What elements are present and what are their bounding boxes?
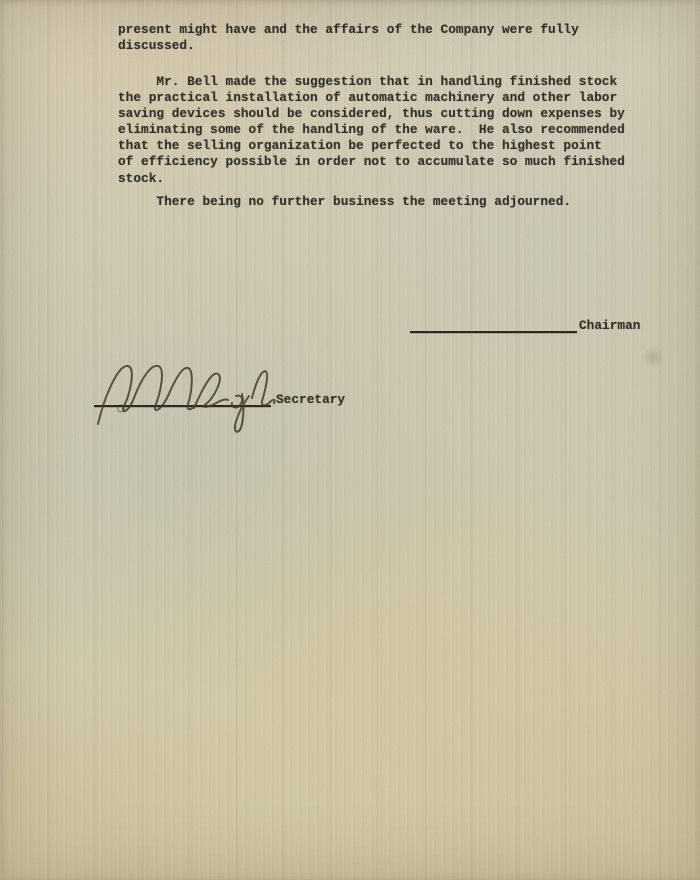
secretary-label: Secretary bbox=[276, 392, 345, 407]
secretary-signature-row: Secretary bbox=[94, 392, 345, 407]
chairman-label: Chairman bbox=[579, 318, 640, 333]
paragraph-company-affairs: present might have and the affairs of th… bbox=[118, 22, 579, 54]
paragraph-adjournment: There being no further business the meet… bbox=[118, 194, 571, 210]
scanned-document-page: present might have and the affairs of th… bbox=[0, 0, 700, 880]
paragraph-bell-suggestion: Mr. Bell made the suggestion that in han… bbox=[118, 74, 625, 187]
chairman-signature-line bbox=[410, 318, 577, 333]
ink-smudge bbox=[640, 348, 666, 366]
chairman-signature-row: Chairman bbox=[410, 318, 640, 333]
secretary-signature-line bbox=[94, 392, 271, 407]
